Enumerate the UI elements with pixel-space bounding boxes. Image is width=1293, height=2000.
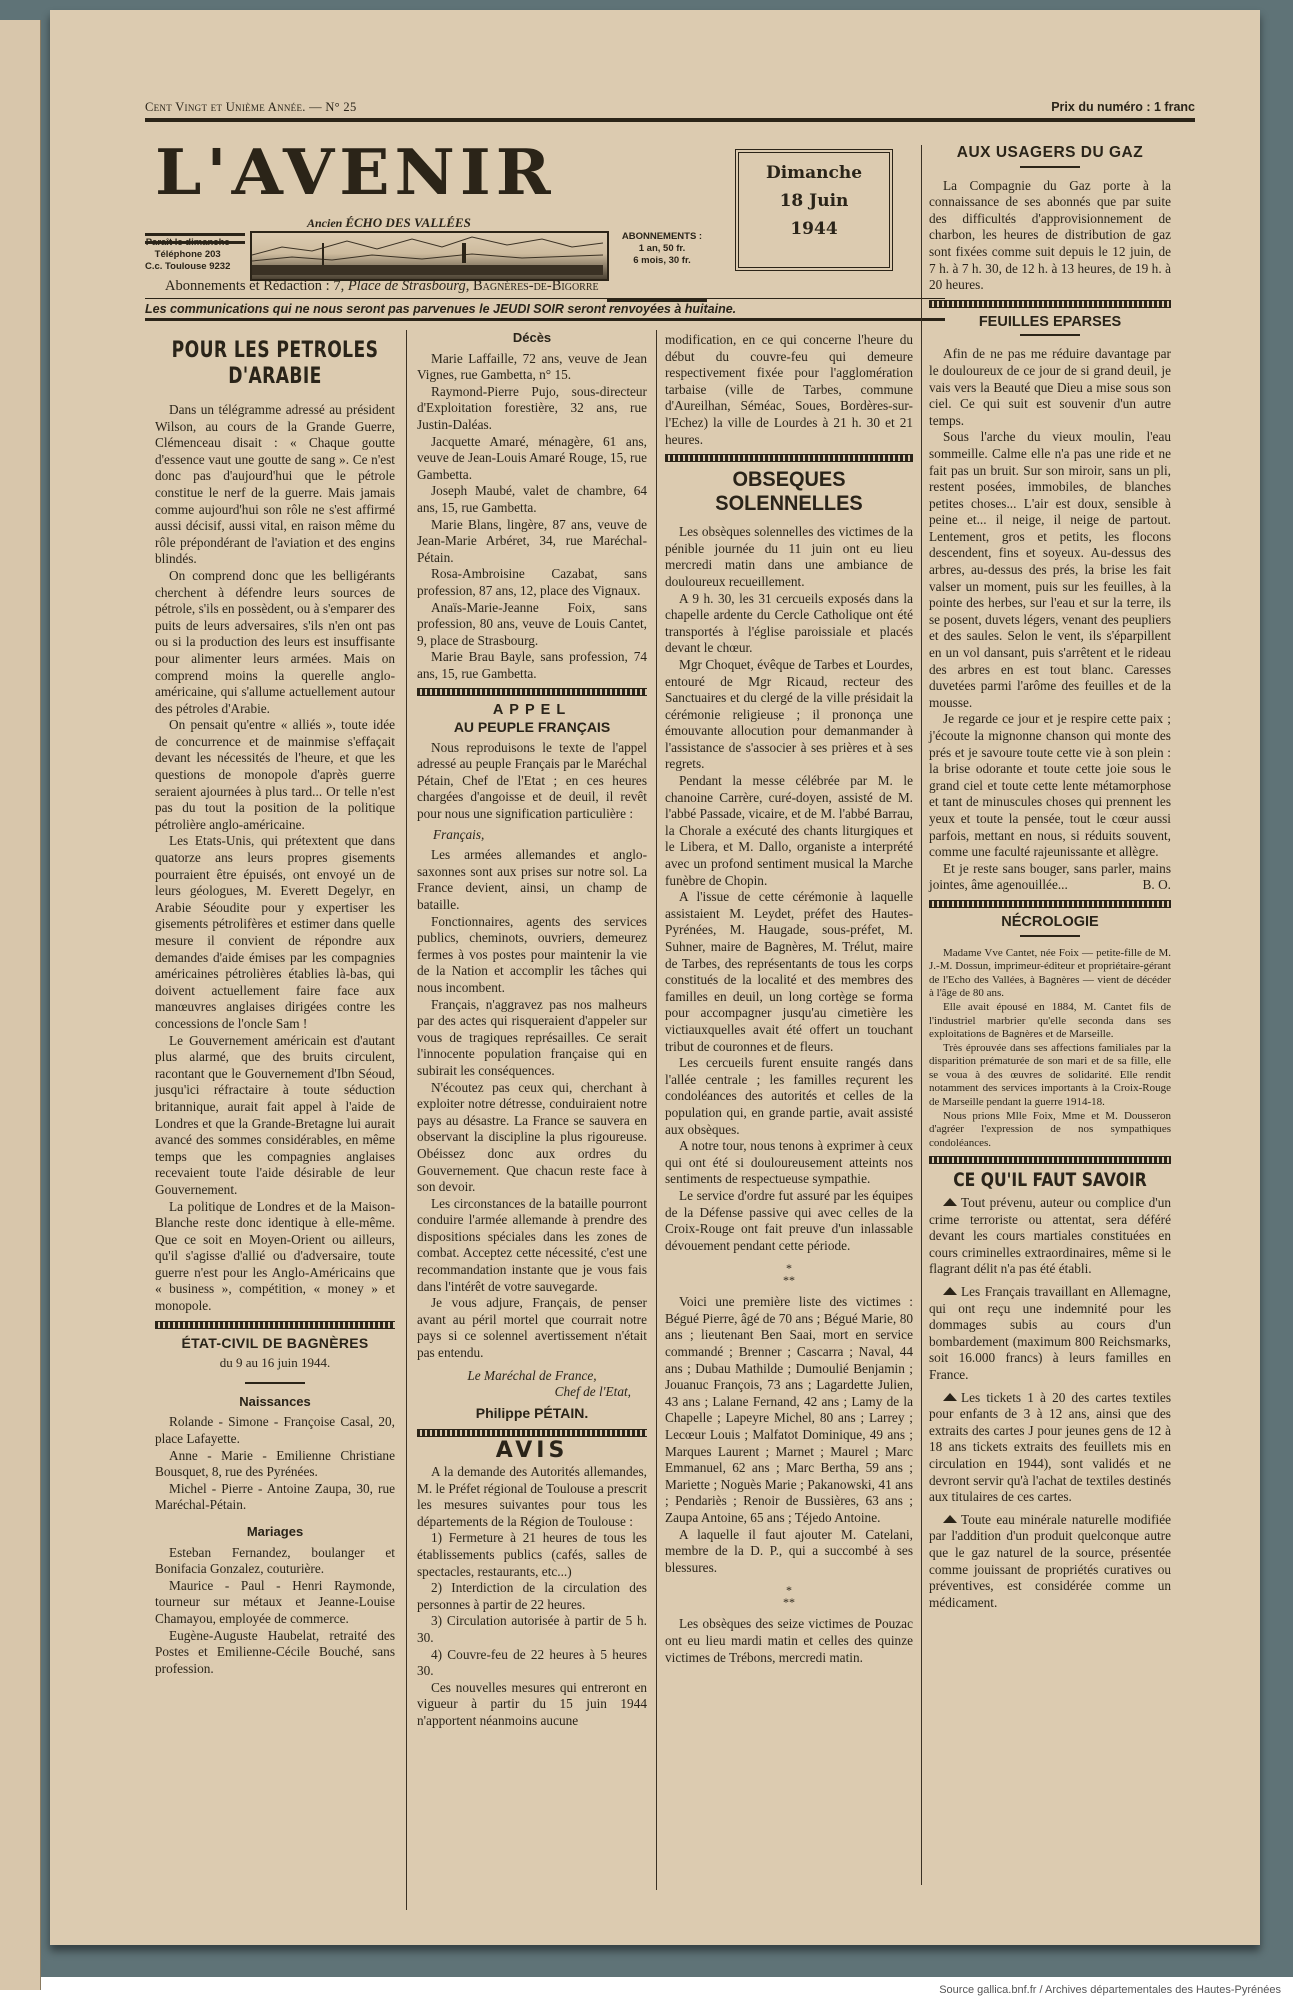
paragraph: Le Gouvernement américain est d'autant p… xyxy=(155,1033,395,1199)
article-title-savoir: CE QU'IL FAUT SAVOIR xyxy=(944,1172,1156,1189)
wavy-divider xyxy=(665,454,913,462)
paragraph: La politique de Londres et de la Maison-… xyxy=(155,1199,395,1315)
wavy-divider xyxy=(929,900,1171,908)
column-4: AUX USAGERS DU GAZ La Compagnie du Gaz p… xyxy=(929,145,1171,1611)
notice-item: Toute eau minérale naturelle modifiée pa… xyxy=(929,1512,1171,1612)
paragraph: A l'issue de cette cérémonie à laquelle … xyxy=(665,889,913,1055)
paragraph: A 9 h. 30, les 31 cercueils exposés dans… xyxy=(665,591,913,657)
death-entry: Joseph Maubé, valet de chambre, 64 ans, … xyxy=(417,483,647,516)
salutation: Français, xyxy=(417,827,647,844)
paragraph: Je vous adjure, Français, de penser avan… xyxy=(417,1295,647,1361)
wavy-divider xyxy=(155,1321,395,1329)
notice-item: Les Français travaillant en Allemagne, q… xyxy=(929,1284,1171,1384)
telephone: Téléphone 203 xyxy=(145,249,230,261)
triangle-bullet-icon xyxy=(943,1198,957,1206)
birth-entry: Anne - Marie - Emilienne Christiane Bous… xyxy=(155,1448,395,1481)
paragraph: Dans un télégramme adressé au président … xyxy=(155,402,395,568)
publication-frequency: Paraît le dimanche xyxy=(145,237,230,249)
paragraph: On comprend donc que les belligérants ch… xyxy=(155,568,395,717)
paragraph-continued: modification, en ce qui concerne l'heure… xyxy=(665,332,913,448)
title-line: OBSEQUES xyxy=(671,468,907,492)
issue-year: 1944 xyxy=(739,215,889,243)
issue-price: Prix du numéro : 1 franc xyxy=(1051,100,1195,114)
paragraph: Fonctionnaires, agents des services publ… xyxy=(417,914,647,997)
paragraph: Les obsèques solennelles des victimes de… xyxy=(665,524,913,590)
paragraph: Madame Vve Cantet, née Foix — petite-fil… xyxy=(929,947,1171,1001)
article-title-obseques: OBSEQUES SOLENNELLES xyxy=(671,468,907,516)
valley-landscape-illustration xyxy=(250,231,609,281)
paragraph: 1) Fermeture à 21 heures de tous les éta… xyxy=(417,1530,647,1580)
paragraph: Les Etats-Unis, qui prétextent que dans … xyxy=(155,833,395,1032)
subscription-rate: 1 an, 50 fr. xyxy=(607,243,717,255)
issue-weekday: Dimanche xyxy=(739,159,889,187)
newspaper-page: Cent Vingt et Unième Année. — N° 25 Prix… xyxy=(50,10,1260,1945)
death-entry: Marie Blans, lingère, 87 ans, veuve de J… xyxy=(417,517,647,567)
article-title-appel: APPEL xyxy=(417,702,647,719)
column-rule xyxy=(921,145,922,1885)
paragraph: Les circonstances de la bataille pourron… xyxy=(417,1196,647,1296)
paragraph: Sous l'arche du vieux moulin, l'eau somm… xyxy=(929,429,1171,711)
asterism-icon: *** xyxy=(665,1584,913,1608)
mountain-landscape-icon xyxy=(252,233,603,275)
paragraph: 4) Couvre-feu de 22 heures à 5 heures 30… xyxy=(417,1647,647,1680)
birth-entry: Rolande - Simone - Françoise Casal, 20, … xyxy=(155,1414,395,1447)
address-street: Place de Strasbourg, xyxy=(348,278,470,294)
former-name: Ancien ÉCHO DES VALLÉES xyxy=(307,215,471,231)
paragraph: 3) Circulation autorisée à partir de 5 h… xyxy=(417,1613,647,1646)
paragraph: Les cercueils furent ensuite rangés dans… xyxy=(665,1055,913,1138)
column-1: POUR LES PETROLES D'ARABIE Dans un télég… xyxy=(155,330,395,1677)
paragraph: Nous reproduisons le texte de l'appel ad… xyxy=(417,740,647,823)
notice-item: Les tickets 1 à 20 des cartes textiles p… xyxy=(929,1390,1171,1506)
short-divider xyxy=(1020,166,1080,168)
wavy-divider xyxy=(417,1429,647,1437)
triangle-bullet-icon xyxy=(943,1393,957,1401)
masthead: L'AVENIR Ancien ÉCHO DES VALLÉES Paraît … xyxy=(145,135,945,315)
notice-text: Tout prévenu, auteur ou complice d'un cr… xyxy=(929,1195,1171,1276)
decorative-bar xyxy=(145,233,245,236)
death-entry: Marie Brau Bayle, sans profession, 74 an… xyxy=(417,649,647,682)
editorial-address: Abonnements et Rédaction : 7, Place de S… xyxy=(165,278,599,295)
short-divider xyxy=(1020,935,1080,937)
subscription-title: ABONNEMENTS : xyxy=(607,231,717,243)
deadline-notice: Les communications qui ne nous seront pa… xyxy=(145,302,945,316)
article-title-necrologie: NÉCROLOGIE xyxy=(929,914,1171,931)
triangle-bullet-icon xyxy=(943,1515,957,1523)
divider xyxy=(145,318,945,321)
column-rule xyxy=(656,330,657,1890)
article-title-avis: AVIS xyxy=(417,1443,647,1460)
obituary: Madame Vve Cantet, née Foix — petite-fil… xyxy=(929,947,1171,1151)
divider xyxy=(145,298,945,299)
edition-number: Cent Vingt et Unième Année. — N° 25 xyxy=(145,100,357,115)
title-line: SOLENNELLES xyxy=(671,492,907,516)
article-title-petroles: POUR LES PETROLES D'ARABIE xyxy=(166,338,384,390)
paragraph: Les armées allemandes et anglo-saxonnes … xyxy=(417,847,647,913)
article-title-etat-civil: ÉTAT-CIVIL DE BAGNÈRES xyxy=(155,1335,395,1352)
paragraph: On pensait qu'entre « alliés », toute id… xyxy=(155,717,395,833)
victims-list: Voici une première liste des victimes : … xyxy=(665,1294,913,1526)
subscription-rate: 6 mois, 30 fr. xyxy=(607,255,717,267)
notice-text: Les Français travaillant en Allemagne, q… xyxy=(929,1284,1171,1382)
column-2: Décès Marie Laffaille, 72 ans, veuve de … xyxy=(417,330,647,1730)
marriage-entry: Esteban Fernandez, boulanger et Bonifaci… xyxy=(155,1545,395,1578)
article-subtitle-appel: AU PEUPLE FRANÇAIS xyxy=(417,719,647,736)
subheading-naissances: Naissances xyxy=(155,1394,395,1411)
article-title-feuilles: FEUILLES EPARSES xyxy=(929,314,1171,331)
column-3: modification, en ce qui concerne l'heure… xyxy=(665,332,913,1666)
paragraph: Nous prions Mlle Foix, Mme et M. Dousser… xyxy=(929,1110,1171,1151)
paragraph: 2) Interdiction de la circulation des pe… xyxy=(417,1580,647,1613)
column-rule xyxy=(406,330,407,1910)
top-rule xyxy=(145,118,1195,122)
death-entry: Rosa-Ambroisine Cazabat, sans profession… xyxy=(417,566,647,599)
address-city: Bagnères-de-Bigorre xyxy=(473,278,599,294)
subheading-deces: Décès xyxy=(417,330,647,347)
notice-item: Tout prévenu, auteur ou complice d'un cr… xyxy=(929,1195,1171,1278)
paragraph: Les obsèques des seize victimes de Pouza… xyxy=(665,1616,913,1666)
wavy-divider xyxy=(929,1156,1171,1164)
death-entry: Jacquette Amaré, ménagère, 61 ans, veuve… xyxy=(417,434,647,484)
death-entry: Anaïs-Marie-Jeanne Foix, sans profession… xyxy=(417,600,647,650)
subheading-mariages: Mariages xyxy=(155,1524,395,1541)
author-initials: B. O. xyxy=(1129,877,1171,894)
death-entry: Marie Laffaille, 72 ans, veuve de Jean V… xyxy=(417,351,647,384)
edition-line: Cent Vingt et Unième Année. — N° 25 Prix… xyxy=(145,100,1195,114)
address-label: Abonnements et Rédaction : 7, xyxy=(165,278,344,294)
signature-title: Le Maréchal de France, xyxy=(417,1368,647,1385)
paragraph: Elle avait épousé en 1884, M. Cantet fil… xyxy=(929,1001,1171,1042)
triangle-bullet-icon xyxy=(943,1287,957,1295)
wavy-divider xyxy=(929,300,1171,308)
paragraph: Pendant la messe célébrée par M. le chan… xyxy=(665,773,913,889)
paragraph: A la demande des Autorités allemandes, M… xyxy=(417,1464,647,1530)
paragraph: N'écoutez pas ceux qui, cherchant à expl… xyxy=(417,1080,647,1196)
signature-role: Chef de l'Etat, xyxy=(417,1384,647,1401)
asterism-icon: *** xyxy=(665,1262,913,1286)
source-credit: Source gallica.bnf.fr / Archives départe… xyxy=(939,1984,1281,1996)
issue-date: 18 Juin xyxy=(739,187,889,215)
issue-date-box: Dimanche 18 Juin 1944 xyxy=(735,149,893,271)
adjacent-page-edge xyxy=(0,20,41,1990)
former-name-prefix: Ancien xyxy=(307,216,342,230)
birth-entry: Michel - Pierre - Antoine Zaupa, 30, rue… xyxy=(155,1481,395,1514)
paragraph: La Compagnie du Gaz porte à la connaissa… xyxy=(929,178,1171,294)
short-divider xyxy=(245,1382,305,1384)
marriage-entry: Eugène-Auguste Haubelat, retraité des Po… xyxy=(155,1628,395,1678)
paragraph: Ces nouvelles mesures qui entreront en v… xyxy=(417,1680,647,1730)
signature-name: Philippe PÉTAIN. xyxy=(417,1405,647,1422)
subscription-info: ABONNEMENTS : 1 an, 50 fr. 6 mois, 30 fr… xyxy=(607,231,717,267)
newspaper-title: L'AVENIR xyxy=(155,141,556,204)
notice-text: Les tickets 1 à 20 des cartes textiles p… xyxy=(929,1390,1171,1505)
short-divider xyxy=(1020,334,1080,336)
article-title-gaz: AUX USAGERS DU GAZ xyxy=(929,145,1171,162)
paragraph: A notre tour, nous tenons à exprimer à c… xyxy=(665,1138,913,1188)
paragraph: Le service d'ordre fut assuré par les éq… xyxy=(665,1188,913,1254)
etat-civil-period: du 9 au 16 juin 1944. xyxy=(155,1355,395,1372)
postal-account: C.c. Toulouse 9232 xyxy=(145,261,230,273)
former-name-title: ÉCHO DES VALLÉES xyxy=(345,215,470,230)
publication-info: Paraît le dimanche Téléphone 203 C.c. To… xyxy=(145,237,230,273)
notice-text: Toute eau minérale naturelle modifiée pa… xyxy=(929,1512,1171,1610)
death-entry: Raymond-Pierre Pujo, sous-directeur d'Ex… xyxy=(417,384,647,434)
paragraph: Je regarde ce jour et je respire cette p… xyxy=(929,711,1171,860)
marriage-entry: Maurice - Paul - Henri Raymonde, tourneu… xyxy=(155,1578,395,1628)
paragraph: Mgr Choquet, évêque de Tarbes et Lourdes… xyxy=(665,657,913,773)
wavy-divider xyxy=(417,688,647,696)
paragraph: A laquelle il faut ajouter M. Catelani, … xyxy=(665,1527,913,1577)
paragraph: Français, n'aggravez pas nos malheurs pa… xyxy=(417,997,647,1080)
paragraph: Très éprouvée dans ses affections famili… xyxy=(929,1042,1171,1110)
paragraph: Afin de ne pas me réduire davantage par … xyxy=(929,346,1171,429)
paragraph: Et je reste sans bouger, sans parler, ma… xyxy=(929,861,1171,894)
